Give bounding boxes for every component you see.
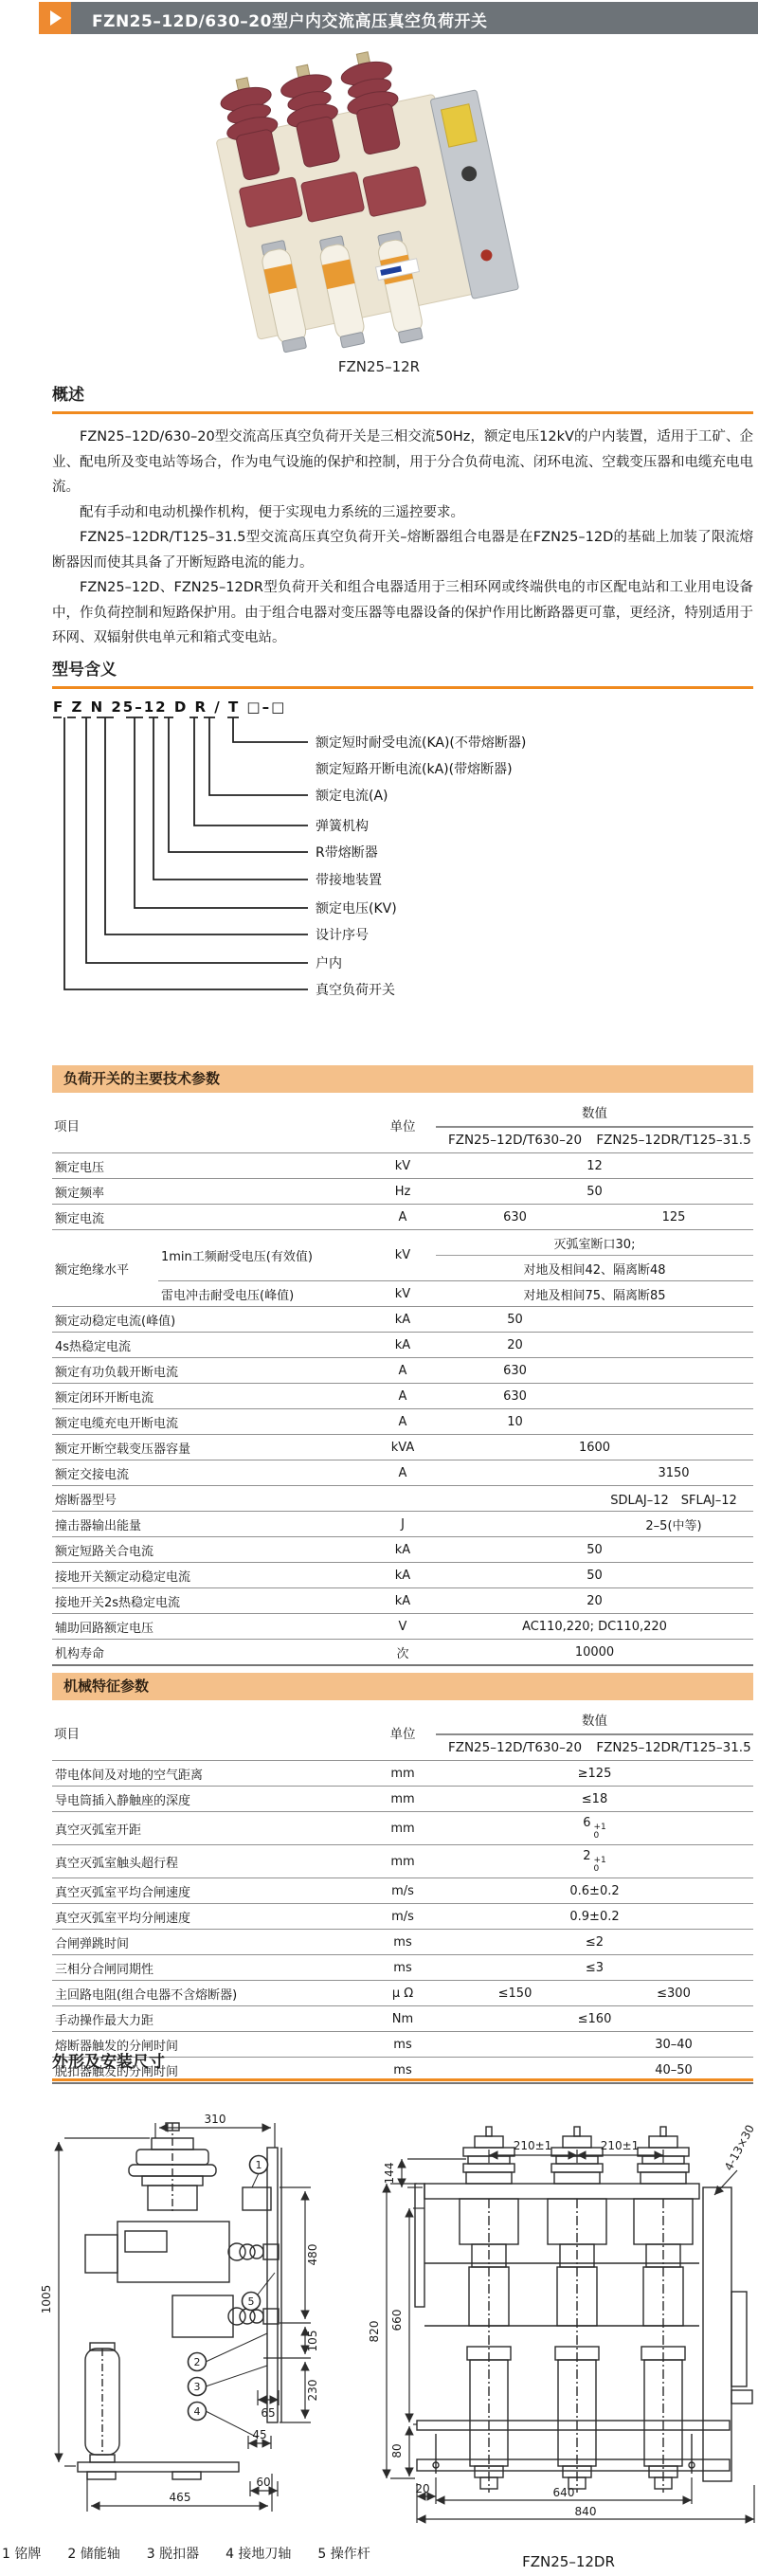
table-row: 辅助回路额定电压VAC110,220; DC110,220	[52, 1614, 753, 1640]
table-row: 额定绝缘水平1min工频耐受电压(有效值)kV灭弧室断口30;对地及相间42、隔…	[52, 1230, 753, 1281]
product-photo	[161, 47, 540, 360]
overview-paragraph: 配有手动和电动机操作机构，便于实现电力系统的三遥控要求。	[52, 500, 753, 526]
dim-230: 230	[306, 2380, 319, 2402]
table-row: 额定电压kV12	[52, 1153, 753, 1179]
table-row: 机构寿命次10000	[52, 1640, 753, 1666]
model-label: 设计序号	[316, 927, 369, 943]
overview-paragraph: FZN25–12D/630–20型交流高压真空负荷开关是三相交流50Hz，额定电…	[52, 425, 753, 500]
callout-5: 5	[248, 2295, 255, 2308]
dim-210a: 210±1	[514, 2139, 552, 2152]
overview-section: 概述 FZN25–12D/630–20型交流高压真空负荷开关是三相交流50Hz，…	[52, 381, 753, 651]
dim-105: 105	[306, 2331, 319, 2352]
table-row: 熔断器型号SDLAJ–12 SFLAJ–12	[52, 1486, 753, 1512]
mech-table-wrap: 项目单位数值FZN25–12D/T630–20FZN25–12DR/T125–3…	[52, 1705, 753, 2084]
mech-parameters-table: 项目单位数值FZN25–12D/T630–20FZN25–12DR/T125–3…	[52, 1705, 753, 2084]
dim-144: 144	[383, 2163, 396, 2185]
tech-parameters-table: 项目单位数值FZN25–12D/T630–20FZN25–12DR/T125–3…	[52, 1098, 753, 1666]
table-row: 额定交接电流A3150	[52, 1460, 753, 1486]
arrow-icon	[39, 2, 71, 34]
callout-2: 2	[194, 2356, 201, 2368]
section-rule	[52, 686, 753, 689]
tech-table-banner: 负荷开关的主要技术参数	[52, 1065, 753, 1093]
col-header-value: 数值	[436, 1705, 753, 1734]
table-row: 4s热稳定电流kA20	[52, 1333, 753, 1358]
dim-65: 65	[261, 2406, 275, 2420]
section-rule	[52, 411, 753, 414]
dim-480: 480	[306, 2244, 319, 2266]
table-row: 合闸弹跳时间ms≤2	[52, 1930, 753, 1955]
table-row: 真空灭弧室平均分闸速度m/s0.9±0.2	[52, 1904, 753, 1930]
model-label: 额定电流(A)	[316, 788, 388, 804]
dim-840: 840	[575, 2505, 597, 2518]
col-header-value: 数值	[436, 1098, 753, 1127]
model-label: 真空负荷开关	[316, 982, 395, 998]
col-header-model-2: FZN25–12DR/T125–31.5	[594, 1127, 753, 1153]
outline-drawing-front: 210±1 210±1 4-13×30 144 820 660 80 20 64…	[362, 2121, 758, 2531]
model-label: 额定短路开断电流(kA)(带熔断器)	[316, 761, 513, 777]
model-label: 户内	[316, 955, 342, 971]
page-title: FZN25–12D/630–20型户内交流高压真空负荷开关	[92, 8, 487, 31]
outline-section: 外形及安装尺寸	[52, 2048, 753, 2081]
callout-4: 4	[194, 2405, 201, 2418]
callout-3: 3	[194, 2381, 201, 2393]
table-row: 额定有功负载开断电流A630	[52, 1358, 753, 1384]
table-row: 撞击器输出能量J2–5(中等)	[52, 1512, 753, 1537]
table-row: 额定开断空载变压器容量kVA1600	[52, 1435, 753, 1460]
dim-640: 640	[553, 2486, 575, 2499]
dim-465: 465	[170, 2491, 191, 2504]
mech-table-banner: 机械特征参数	[52, 1673, 753, 1700]
dim-holes: 4-13×30	[722, 2123, 757, 2173]
table-row: 接地开关2s热稳定电流kA20	[52, 1588, 753, 1614]
model-code: F Z N 25–12 D R / T □–□	[53, 698, 286, 716]
outline-drawing-side: 1 5 2 3 4 310 1005 480 105 230 65 45 60 …	[30, 2110, 360, 2538]
col-header-model-1: FZN25–12D/T630–20	[436, 1127, 594, 1153]
dim-1005: 1005	[40, 2285, 53, 2314]
col-header-model-2: FZN25–12DR/T125–31.5	[594, 1734, 753, 1761]
product-caption: FZN25–12R	[0, 358, 758, 375]
parts-legend: 1 铭牌 2 储能轴 3 脱扣器 4 接地刀轴 5 操作杆	[2, 2544, 370, 2563]
overview-text: FZN25–12D/630–20型交流高压真空负荷开关是三相交流50Hz，额定电…	[52, 425, 753, 651]
section-title-model: 型号含义	[52, 656, 753, 680]
table-row: 额定电缆充电开断电流A10	[52, 1409, 753, 1435]
table-row: 额定动稳定电流(峰值)kA50	[52, 1307, 753, 1333]
dim-20: 20	[415, 2482, 429, 2495]
model-label: 额定短时耐受电流(KA)(不带熔断器)	[316, 735, 526, 751]
col-header-unit: 单位	[370, 1705, 436, 1761]
table-row: 三相分合闸同期性ms≤3	[52, 1955, 753, 1981]
model-label: R带熔断器	[316, 844, 378, 861]
table-row: 额定频率Hz50	[52, 1179, 753, 1205]
model-label: 额定电压(KV)	[316, 900, 397, 916]
callout-1: 1	[256, 2159, 262, 2171]
dim-660: 660	[390, 2310, 404, 2331]
table-row: 真空灭弧室平均合闸速度m/s0.6±0.2	[52, 1878, 753, 1904]
section-rule	[52, 2078, 753, 2081]
table-row: 带电体间及对地的空气距离mm≥125	[52, 1761, 753, 1787]
table-row: 额定电流A630125	[52, 1205, 753, 1230]
table-row: 手动操作最大力距Nm≤160	[52, 2006, 753, 2032]
table-row: 导电筒插入静触座的深度mm≤18	[52, 1787, 753, 1812]
table-row: 真空灭弧室开距mm6+10	[52, 1812, 753, 1845]
table-row: 额定短路关合电流kA50	[52, 1537, 753, 1563]
model-meaning-diagram: F Z N 25–12 D R / T □–□ 额定短时耐受电流(KA)(不带熔…	[28, 698, 734, 1080]
table-row: 额定闭环开断电流A630	[52, 1384, 753, 1409]
col-header-model-1: FZN25–12D/T630–20	[436, 1734, 594, 1761]
dim-310: 310	[205, 2113, 226, 2126]
dim-60: 60	[256, 2476, 270, 2489]
table-row: 真空灭弧室触头超行程mm2+10	[52, 1845, 753, 1878]
dim-80: 80	[390, 2443, 404, 2458]
tech-table-wrap: 项目单位数值FZN25–12D/T630–20FZN25–12DR/T125–3…	[52, 1098, 753, 1666]
dim-820: 820	[368, 2321, 381, 2343]
model-label: 带接地装置	[316, 872, 382, 888]
model-label: 弹簧机构	[316, 818, 369, 834]
section-title-outline: 外形及安装尺寸	[52, 2048, 753, 2072]
dim-210b: 210±1	[601, 2139, 640, 2152]
front-view-caption: FZN25–12DR	[445, 2553, 692, 2570]
col-header-item: 项目	[52, 1705, 370, 1761]
overview-paragraph: FZN25–12D、FZN25–12DR型负荷开关和组合电器适用于三相环网或终端…	[52, 575, 753, 651]
table-row: 接地开关额定动稳定电流kA50	[52, 1563, 753, 1588]
section-title-overview: 概述	[52, 381, 753, 405]
table-row: 主回路电阻(组合电器不含熔断器)μ Ω≤150≤300	[52, 1981, 753, 2006]
overview-paragraph: FZN25–12DR/T125–31.5型交流高压真空负荷开关–熔断器组合电器是…	[52, 525, 753, 575]
col-header-item: 项目	[52, 1098, 370, 1153]
model-meaning-section: 型号含义	[52, 656, 753, 689]
dim-45: 45	[252, 2428, 266, 2441]
col-header-unit: 单位	[370, 1098, 436, 1153]
